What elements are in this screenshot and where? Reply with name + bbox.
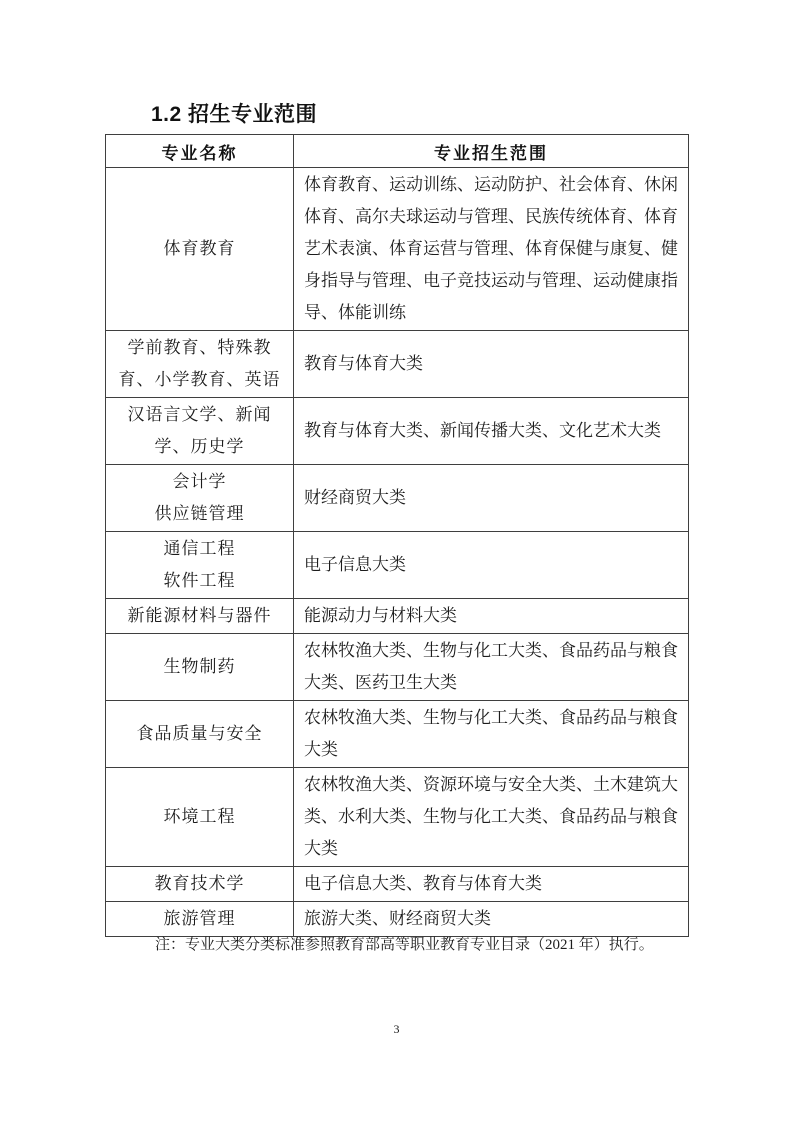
document-page: 1.2 招生专业范围 专业名称 专业招生范围 体育教育体育教育、运动训练、运动防… [0,0,793,1122]
majors-table: 专业名称 专业招生范围 体育教育体育教育、运动训练、运动防护、社会体育、休闲体育… [105,134,689,937]
major-name-cell: 汉语言文学、新闻学、历史学 [106,398,294,465]
enrollment-scope-cell: 教育与体育大类 [294,331,689,398]
enrollment-scope-cell: 体育教育、运动训练、运动防护、社会体育、休闲体育、高尔夫球运动与管理、民族传统体… [294,168,689,331]
column-header-enrollment-scope: 专业招生范围 [294,135,689,168]
enrollment-scope-cell: 电子信息大类、教育与体育大类 [294,867,689,902]
table-row: 会计学 供应链管理财经商贸大类 [106,465,689,532]
footnote: 注：专业大类分类标准参照教育部高等职业教育专业目录（2021 年）执行。 [113,932,691,958]
enrollment-scope-cell: 农林牧渔大类、资源环境与安全大类、土木建筑大类、水利大类、生物与化工大类、食品药… [294,768,689,867]
major-name-cell: 新能源材料与器件 [106,599,294,634]
table-row: 通信工程 软件工程电子信息大类 [106,532,689,599]
page-number: 3 [0,1022,793,1037]
column-header-major-name: 专业名称 [106,135,294,168]
table-body: 体育教育体育教育、运动训练、运动防护、社会体育、休闲体育、高尔夫球运动与管理、民… [106,168,689,937]
enrollment-scope-cell: 能源动力与材料大类 [294,599,689,634]
table-row: 生物制药农林牧渔大类、生物与化工大类、食品药品与粮食大类、医药卫生大类 [106,634,689,701]
table-row: 新能源材料与器件能源动力与材料大类 [106,599,689,634]
table-row: 学前教育、特殊教育、小学教育、英语教育与体育大类 [106,331,689,398]
table-header-row: 专业名称 专业招生范围 [106,135,689,168]
major-name-cell: 体育教育 [106,168,294,331]
major-name-cell: 学前教育、特殊教育、小学教育、英语 [106,331,294,398]
major-name-cell: 通信工程 软件工程 [106,532,294,599]
table-row: 环境工程农林牧渔大类、资源环境与安全大类、土木建筑大类、水利大类、生物与化工大类… [106,768,689,867]
section-title: 1.2 招生专业范围 [151,98,317,128]
table-row: 体育教育体育教育、运动训练、运动防护、社会体育、休闲体育、高尔夫球运动与管理、民… [106,168,689,331]
table-row: 汉语言文学、新闻学、历史学教育与体育大类、新闻传播大类、文化艺术大类 [106,398,689,465]
major-name-cell: 教育技术学 [106,867,294,902]
enrollment-scope-cell: 电子信息大类 [294,532,689,599]
enrollment-scope-cell: 财经商贸大类 [294,465,689,532]
enrollment-scope-cell: 农林牧渔大类、生物与化工大类、食品药品与粮食大类、医药卫生大类 [294,634,689,701]
table-row: 食品质量与安全农林牧渔大类、生物与化工大类、食品药品与粮食大类 [106,701,689,768]
major-name-cell: 食品质量与安全 [106,701,294,768]
enrollment-scope-cell: 教育与体育大类、新闻传播大类、文化艺术大类 [294,398,689,465]
table-row: 教育技术学电子信息大类、教育与体育大类 [106,867,689,902]
major-name-cell: 环境工程 [106,768,294,867]
major-name-cell: 生物制药 [106,634,294,701]
enrollment-scope-cell: 农林牧渔大类、生物与化工大类、食品药品与粮食大类 [294,701,689,768]
major-name-cell: 会计学 供应链管理 [106,465,294,532]
